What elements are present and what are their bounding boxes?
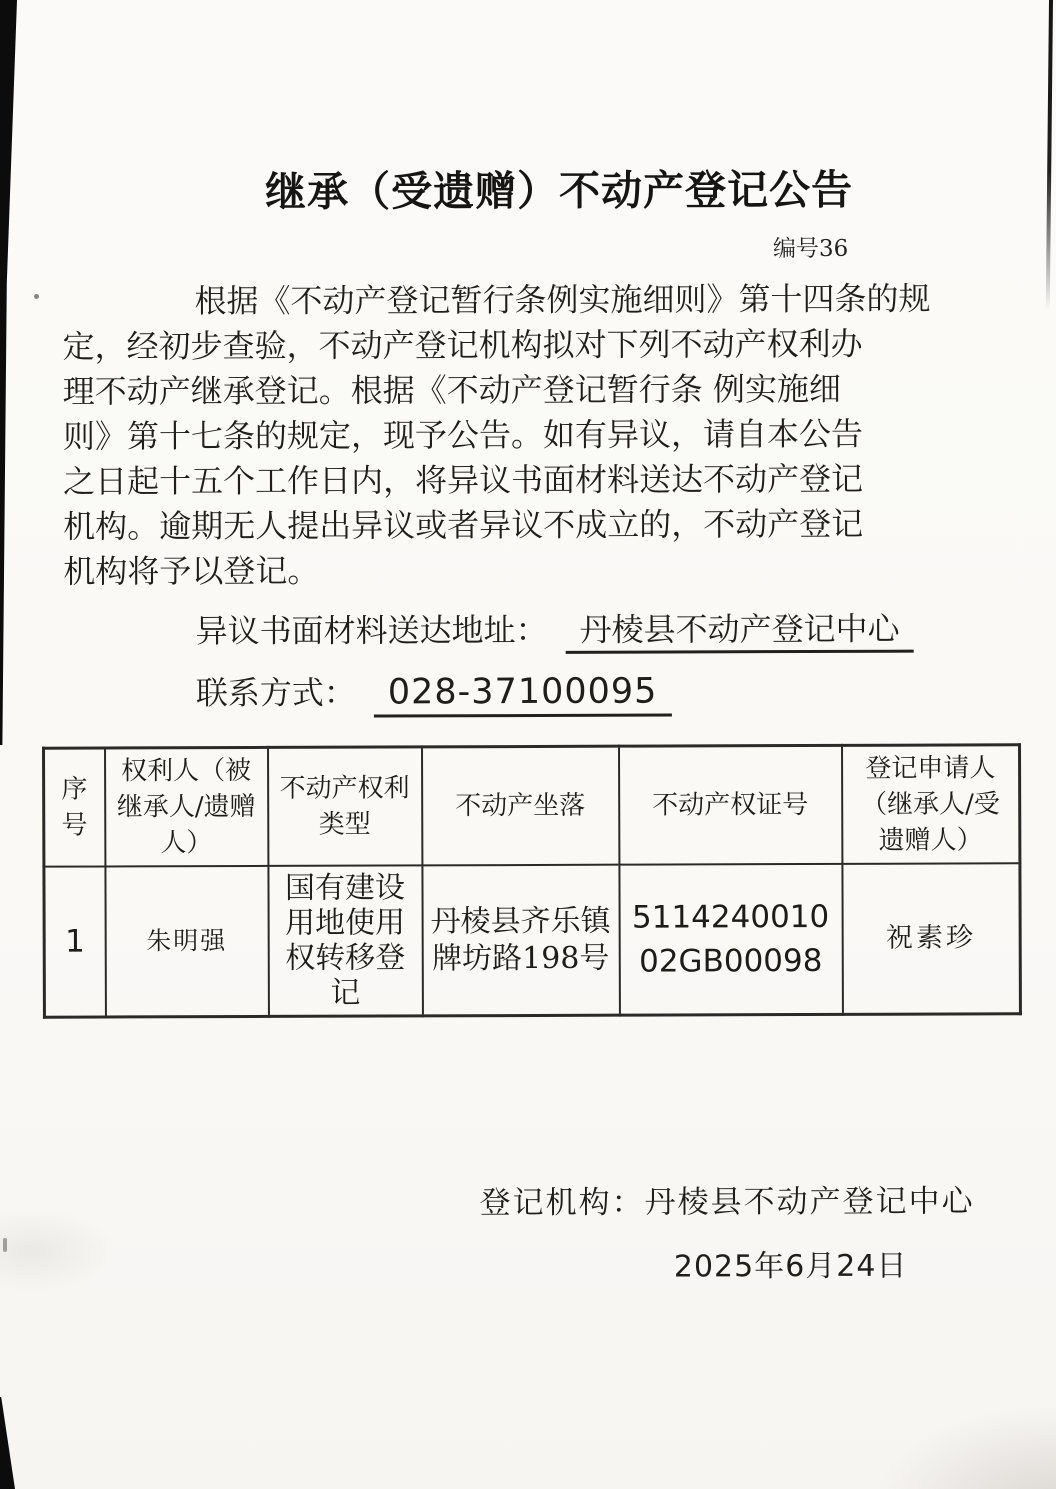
objection-address-label: 异议书面材料送达地址： xyxy=(196,611,548,650)
document-content: 继承（受遗赠）不动产登记公告 编号36 根据《不动产登记暂行条例实施细则》第十四… xyxy=(0,0,1056,1489)
doc-number: 编号36 xyxy=(0,230,848,266)
registration-table: 序号 权利人（被继承人/遗赠人） 不动产权利类型 不动产坐落 不动产权证号 登记… xyxy=(42,743,1022,1018)
cell-serial: 1 xyxy=(44,866,106,1017)
contact-label: 联系方式： xyxy=(196,674,356,713)
registration-org-label: 登记机构： xyxy=(480,1185,645,1222)
contact-line: 联系方式：028-37100095 xyxy=(196,665,1056,714)
footer-block: 登记机构：丹棱县不动产登记中心 2025年6月24日 xyxy=(2,1175,1056,1288)
notice-body-paragraph: 根据《不动产登记暂行条例实施细则》第十四条的规 定，经初步查验，不动产登记机构拟… xyxy=(62,277,951,595)
objection-address-line: 异议书面材料送达地址：丹棱县不动产登记中心 xyxy=(196,603,1056,652)
col-header-cert-number: 不动产权证号 xyxy=(619,745,842,864)
registration-org-line: 登记机构：丹棱县不动产登记中心 xyxy=(480,1175,1056,1222)
cell-location: 丹棱县齐乐镇牌坊路198号 xyxy=(422,865,620,1016)
issue-date: 2025年6月24日 xyxy=(674,1240,1056,1285)
cell-right-holder: 朱明强 xyxy=(105,866,269,1017)
registration-org-value: 丹棱县不动产登记中心 xyxy=(645,1183,975,1220)
cell-right-type: 国有建设用地使用权转移登记 xyxy=(268,865,423,1016)
scanned-document-page: 继承（受遗赠）不动产登记公告 编号36 根据《不动产登记暂行条例实施细则》第十四… xyxy=(0,0,1056,1489)
contact-phone-value: 028-37100095 xyxy=(374,671,672,717)
objection-address-value: 丹棱县不动产登记中心 xyxy=(566,610,914,654)
col-header-serial: 序号 xyxy=(44,748,105,867)
cell-cert-number: 511424001002GB00098 xyxy=(619,864,843,1015)
page-title: 继承（受遗赠）不动产登记公告 xyxy=(0,156,1054,219)
cell-applicant: 祝素珍 xyxy=(842,863,1021,1014)
col-header-right-holder: 权利人（被继承人/遗赠人） xyxy=(105,747,268,866)
table-header-row: 序号 权利人（被继承人/遗赠人） 不动产权利类型 不动产坐落 不动产权证号 登记… xyxy=(44,745,1020,867)
col-header-right-type: 不动产权利类型 xyxy=(268,747,422,866)
table-row: 1 朱明强 国有建设用地使用权转移登记 丹棱县齐乐镇牌坊路198号 511424… xyxy=(44,863,1021,1017)
col-header-applicant: 登记申请人（继承人/受遗赠人） xyxy=(842,745,1020,864)
col-header-location: 不动产坐落 xyxy=(422,746,619,865)
